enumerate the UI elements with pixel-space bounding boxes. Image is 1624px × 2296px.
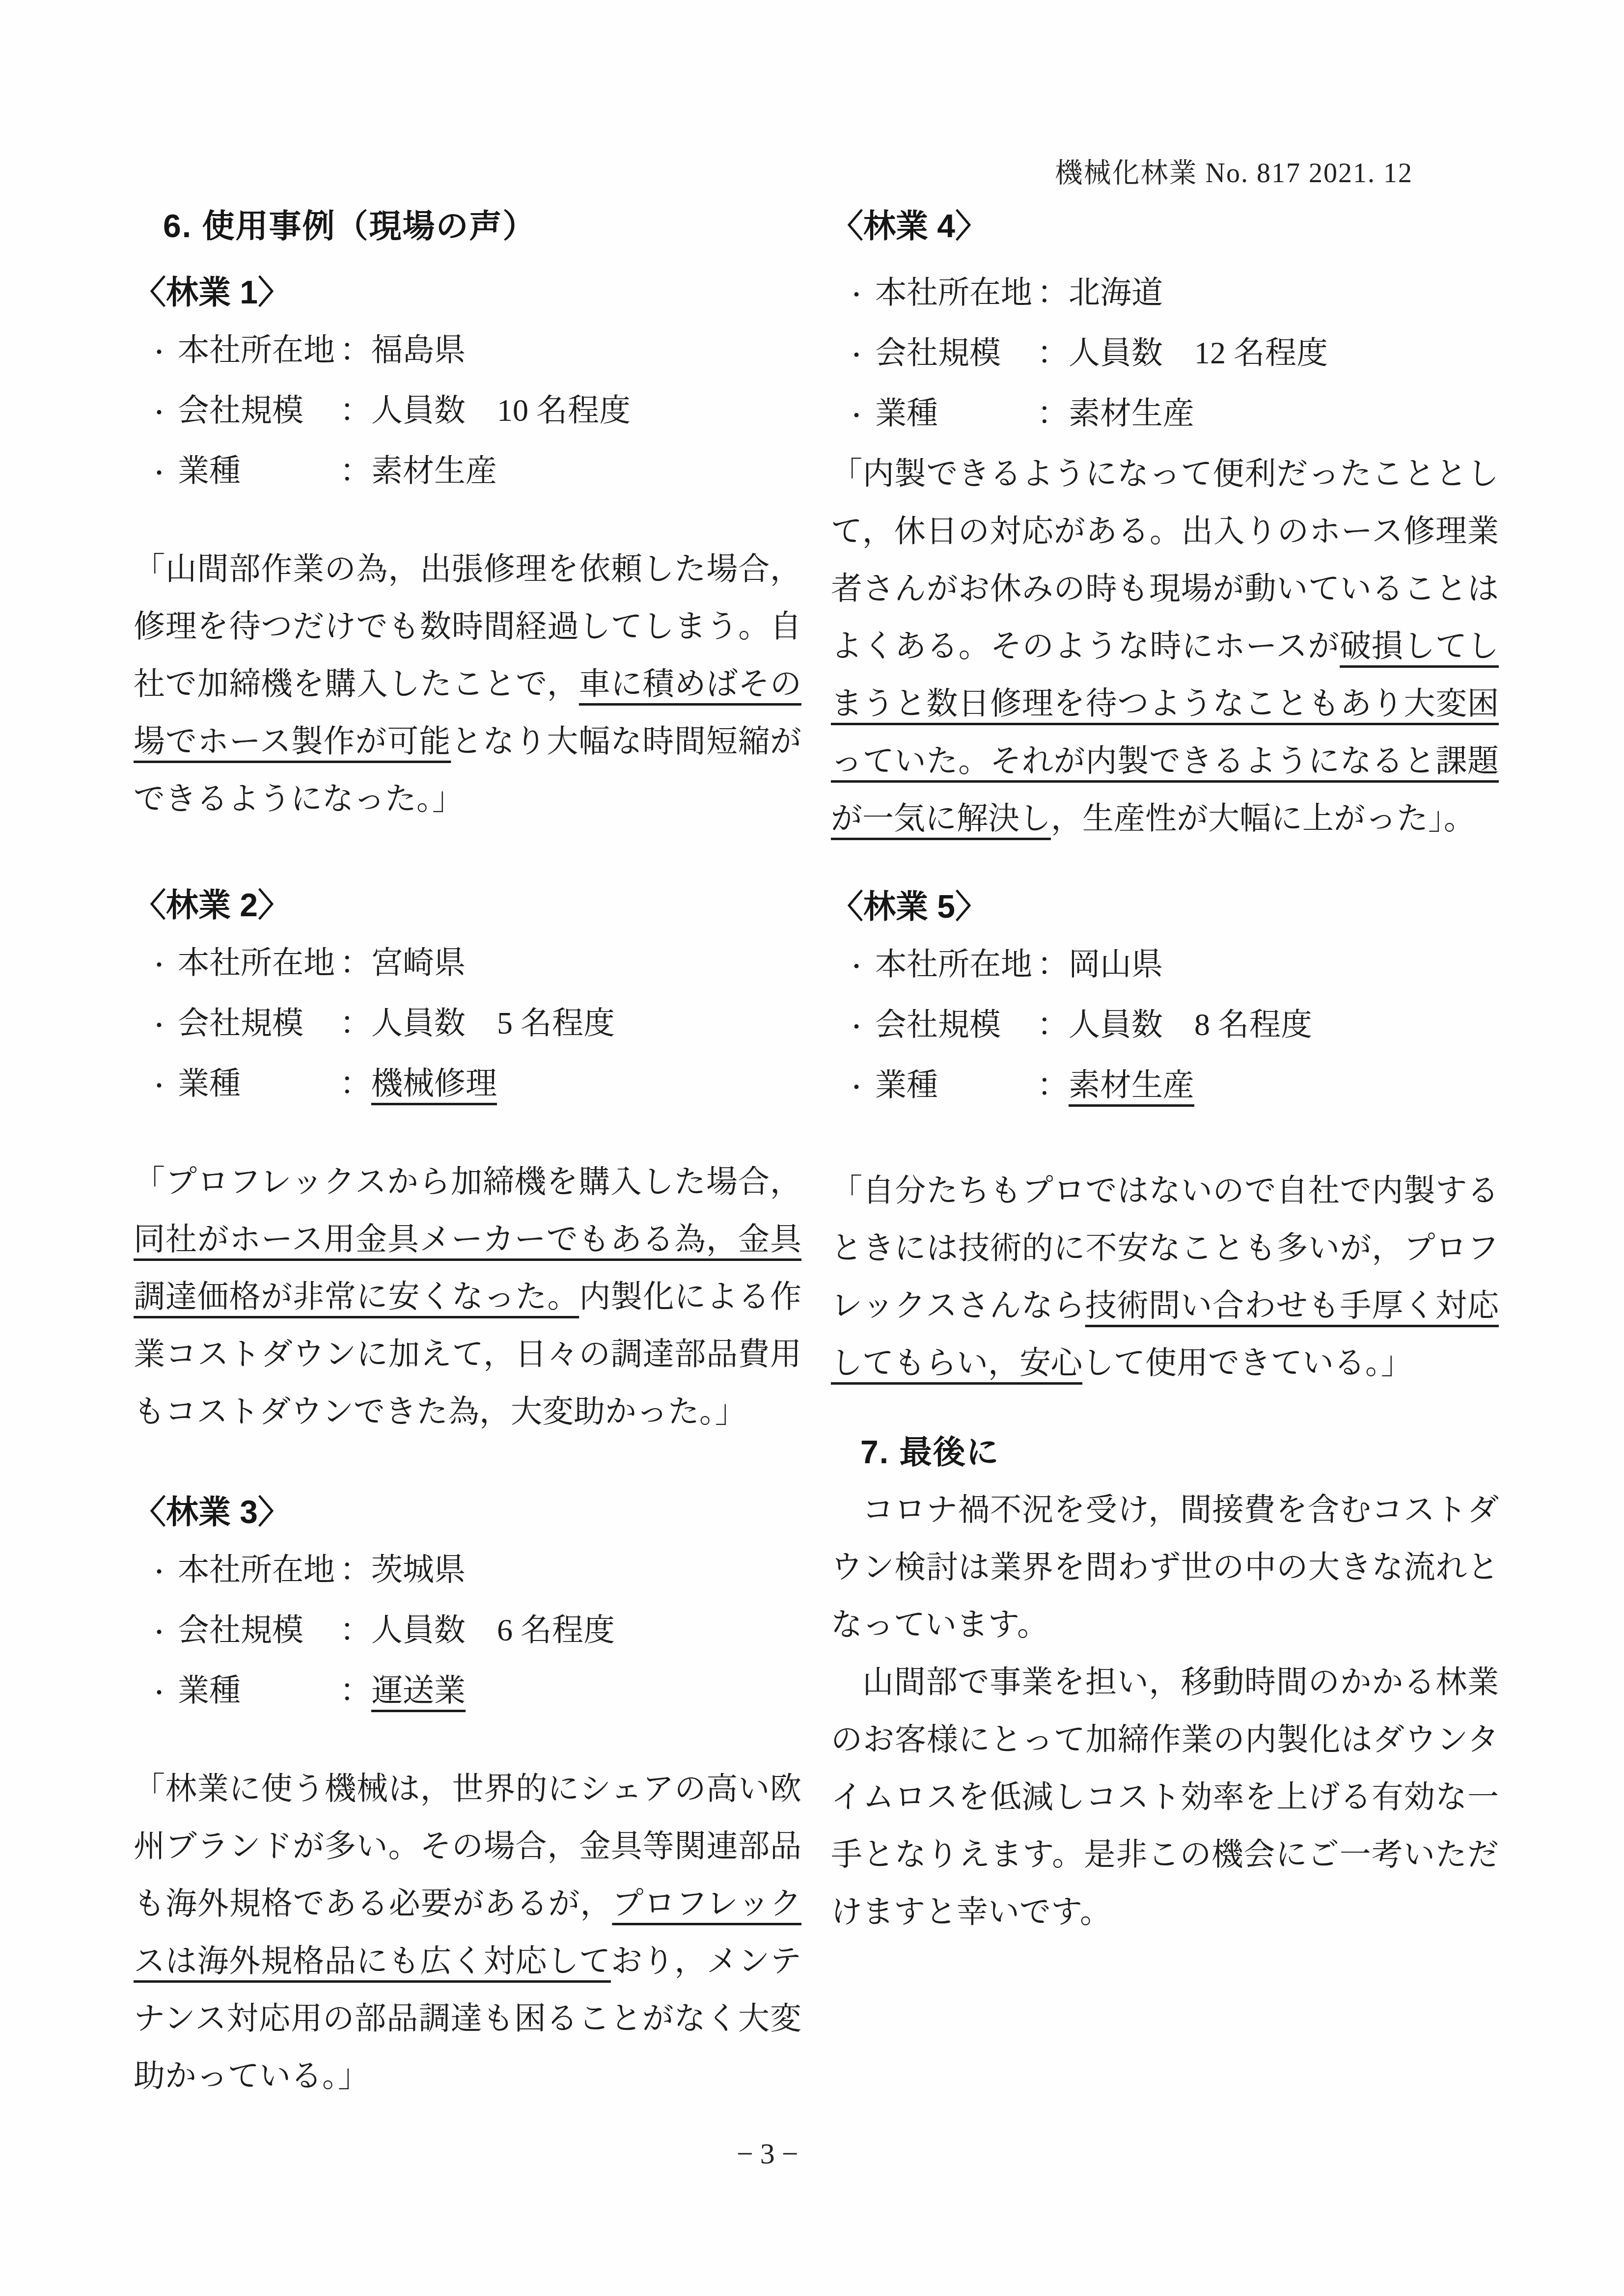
case-quote: 「自分たちもプロではないので自社で内製するときには技術的に不安なことも多いが，プ… [831, 1162, 1499, 1392]
detail-label-location: 本社所在地 [875, 935, 1037, 993]
detail-row-industry: ・ 業種 ： 運送業 [134, 1662, 801, 1722]
detail-value-size: 人員数 12 名程度 [1069, 324, 1328, 382]
final-section-heading: 7. 最後に [831, 1423, 1499, 1481]
case-block-forestry-2: 〈林業 2〉 ・ 本社所在地 ： 宮崎県 ・ 会社規模 ： 人員数 5 名程度 … [134, 876, 801, 1440]
detail-row-industry: ・ 業種 ： 素材生産 [831, 384, 1499, 445]
case-quote: 「林業に使う機械は，世界的にシェアの高い欧州ブランドが多い。その場合，金具等関連… [134, 1760, 801, 2105]
detail-colon: ： [340, 1055, 371, 1112]
detail-label-industry: 業種 [178, 1662, 340, 1719]
left-column: 6. 使用事例（現場の声） 〈林業 1〉 ・ 本社所在地 ： 福島県 ・ 会社規… [134, 197, 801, 2105]
case-title: 〈林業 4〉 [831, 197, 1499, 255]
bullet-dot: ・ [845, 327, 875, 384]
detail-row-size: ・ 会社規模 ： 人員数 5 名程度 [134, 994, 801, 1055]
case-details: ・ 本社所在地 ： 岡山県 ・ 会社規模 ： 人員数 8 名程度 ・ 業種 ： … [831, 935, 1499, 1117]
bullet-dot: ・ [845, 1059, 875, 1117]
case-block-forestry-5: 〈林業 5〉 ・ 本社所在地 ： 岡山県 ・ 会社規模 ： 人員数 8 名程度 … [831, 878, 1499, 1392]
detail-value-location: 宮崎県 [371, 934, 466, 991]
detail-row-industry: ・ 業種 ： 機械修理 [134, 1055, 801, 1115]
bullet-dot: ・ [845, 267, 875, 324]
detail-label-location: 本社所在地 [178, 934, 340, 991]
page-number: −3− [737, 2137, 805, 2171]
detail-value-size: 人員数 10 名程度 [371, 382, 631, 439]
bullet-dot: ・ [147, 937, 178, 994]
detail-value-location: 北海道 [1069, 264, 1163, 321]
detail-colon: ： [340, 321, 371, 379]
case-block-forestry-3: 〈林業 3〉 ・ 本社所在地 ： 茨城県 ・ 会社規模 ： 人員数 6 名程度 … [134, 1483, 801, 2105]
case-block-forestry-1: 〈林業 1〉 ・ 本社所在地 ： 福島県 ・ 会社規模 ： 人員数 10 名程度… [134, 264, 801, 827]
case-details: ・ 本社所在地 ： 茨城県 ・ 会社規模 ： 人員数 6 名程度 ・ 業種 ： … [134, 1541, 801, 1722]
bullet-dot: ・ [147, 1665, 178, 1722]
detail-label-size: 会社規模 [178, 382, 340, 439]
detail-label-location: 本社所在地 [178, 1541, 340, 1598]
detail-value-size: 人員数 5 名程度 [371, 994, 615, 1052]
detail-colon: ： [340, 934, 371, 991]
bullet-dot: ・ [147, 1544, 178, 1601]
bullet-dot: ・ [147, 445, 178, 502]
bullet-dot: ・ [845, 387, 875, 445]
journal-header: 機械化林業 No. 817 2021. 12 [1055, 151, 1413, 191]
detail-colon: ： [340, 1662, 371, 1719]
detail-label-size: 会社規模 [178, 994, 340, 1052]
detail-colon: ： [1037, 384, 1069, 442]
detail-value-industry: 素材生産 [371, 442, 497, 499]
detail-row-size: ・ 会社規模 ： 人員数 10 名程度 [134, 382, 801, 442]
right-column: 〈林業 4〉 ・ 本社所在地 ： 北海道 ・ 会社規模 ： 人員数 12 名程度… [831, 197, 1499, 1941]
detail-value-location: 福島県 [371, 321, 466, 379]
detail-colon: ： [340, 382, 371, 439]
detail-colon: ： [1037, 264, 1069, 321]
detail-row-size: ・ 会社規模 ： 人員数 8 名程度 [831, 996, 1499, 1056]
detail-value-industry: 運送業 [371, 1662, 466, 1719]
case-quote: 「内製できるようになって便利だったこととして，休日の対応がある。出入りのホース修… [831, 445, 1499, 847]
case-title: 〈林業 1〉 [134, 264, 801, 321]
detail-row-location: ・ 本社所在地 ： 北海道 [831, 264, 1499, 324]
case-title: 〈林業 3〉 [134, 1483, 801, 1541]
detail-colon: ： [1037, 1056, 1069, 1114]
bullet-dot: ・ [147, 1058, 178, 1115]
bullet-dot: ・ [147, 324, 178, 382]
case-quote: 「プロフレックスから加締機を購入した場合，同社がホース用金具メーカーでもある為，… [134, 1153, 801, 1440]
final-paragraph-1: コロナ禍不況を受け，間接費を含むコストダウン検討は業界を問わず世の中の大きな流れ… [831, 1481, 1499, 1653]
detail-label-industry: 業種 [875, 384, 1037, 442]
detail-colon: ： [340, 442, 371, 499]
detail-value-location: 岡山県 [1069, 935, 1163, 993]
case-quote: 「山間部作業の為，出張修理を依頼した場合，修理を待つだけでも数時間経過してしまう… [134, 540, 801, 827]
detail-label-size: 会社規模 [875, 996, 1037, 1053]
detail-colon: ： [1037, 996, 1069, 1053]
detail-label-location: 本社所在地 [178, 321, 340, 379]
case-details: ・ 本社所在地 ： 福島県 ・ 会社規模 ： 人員数 10 名程度 ・ 業種 ：… [134, 321, 801, 502]
detail-row-location: ・ 本社所在地 ： 岡山県 [831, 935, 1499, 996]
bullet-dot: ・ [147, 997, 178, 1055]
detail-value-size: 人員数 6 名程度 [371, 1601, 615, 1659]
detail-value-industry: 素材生産 [1069, 1056, 1194, 1114]
detail-colon: ： [1037, 324, 1069, 382]
case-details: ・ 本社所在地 ： 北海道 ・ 会社規模 ： 人員数 12 名程度 ・ 業種 ：… [831, 264, 1499, 445]
detail-row-size: ・ 会社規模 ： 人員数 12 名程度 [831, 324, 1499, 384]
final-paragraph-2: 山間部で事業を担い，移動時間のかかる林業のお客様にとって加締作業の内製化はダウン… [831, 1653, 1499, 1941]
detail-value-industry: 素材生産 [1069, 384, 1194, 442]
detail-label-size: 会社規模 [178, 1601, 340, 1659]
detail-label-location: 本社所在地 [875, 264, 1037, 321]
detail-row-industry: ・ 業種 ： 素材生産 [831, 1056, 1499, 1117]
document-page: 機械化林業 No. 817 2021. 12 6. 使用事例（現場の声） 〈林業… [0, 0, 1624, 2296]
detail-row-size: ・ 会社規模 ： 人員数 6 名程度 [134, 1601, 801, 1662]
bullet-dot: ・ [845, 999, 875, 1056]
detail-label-industry: 業種 [178, 442, 340, 499]
detail-row-industry: ・ 業種 ： 素材生産 [134, 442, 801, 502]
detail-value-industry: 機械修理 [371, 1055, 497, 1112]
detail-row-location: ・ 本社所在地 ： 茨城県 [134, 1541, 801, 1601]
bullet-dot: ・ [147, 1604, 178, 1662]
detail-value-size: 人員数 8 名程度 [1069, 996, 1312, 1053]
detail-label-size: 会社規模 [875, 324, 1037, 382]
case-title: 〈林業 2〉 [134, 876, 801, 934]
case-details: ・ 本社所在地 ： 宮崎県 ・ 会社規模 ： 人員数 5 名程度 ・ 業種 ： … [134, 934, 801, 1115]
detail-value-location: 茨城県 [371, 1541, 466, 1598]
detail-colon: ： [1037, 935, 1069, 993]
usage-section-heading: 6. 使用事例（現場の声） [134, 197, 801, 255]
bullet-dot: ・ [845, 938, 875, 996]
detail-row-location: ・ 本社所在地 ： 宮崎県 [134, 934, 801, 994]
detail-row-location: ・ 本社所在地 ： 福島県 [134, 321, 801, 382]
bullet-dot: ・ [147, 384, 178, 442]
detail-label-industry: 業種 [875, 1056, 1037, 1114]
detail-colon: ： [340, 1541, 371, 1598]
detail-colon: ： [340, 1601, 371, 1659]
case-title: 〈林業 5〉 [831, 878, 1499, 935]
case-block-forestry-4: 〈林業 4〉 ・ 本社所在地 ： 北海道 ・ 会社規模 ： 人員数 12 名程度… [831, 197, 1499, 847]
detail-colon: ： [340, 994, 371, 1052]
detail-label-industry: 業種 [178, 1055, 340, 1112]
